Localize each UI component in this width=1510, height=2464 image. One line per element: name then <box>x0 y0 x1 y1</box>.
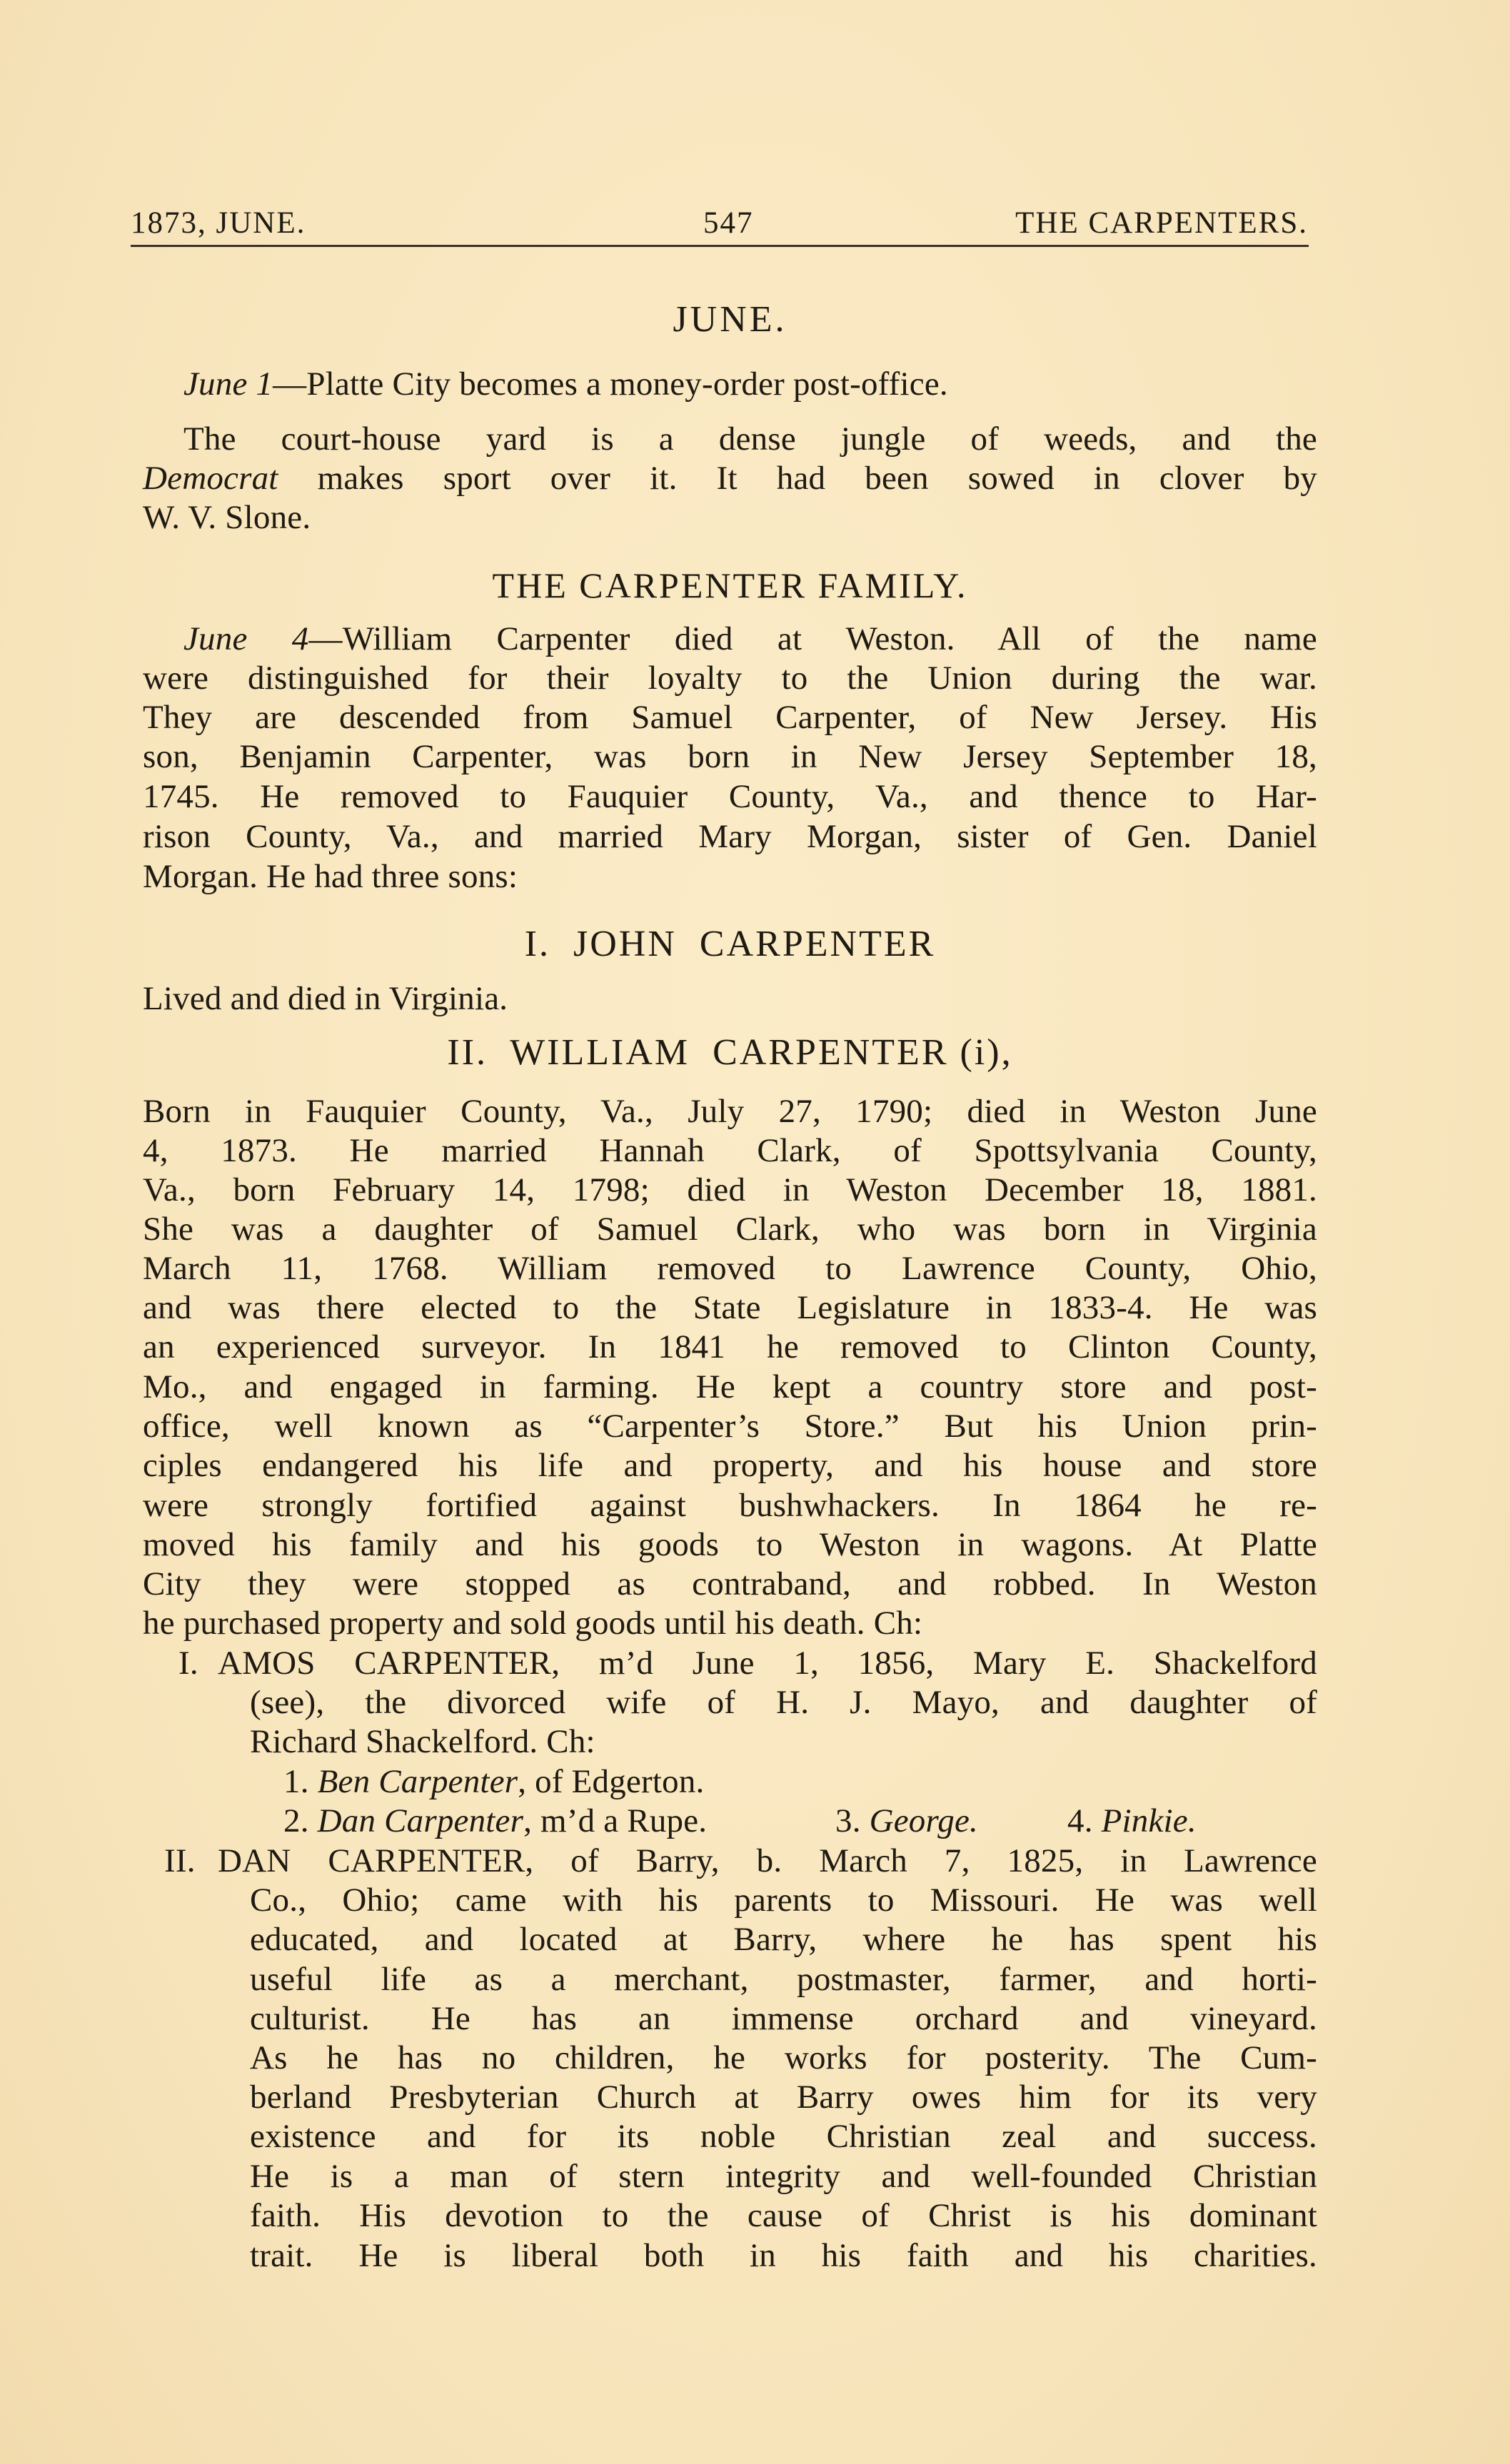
paragraph-line: 4, 1873. He married Hannah Clark, of Spo… <box>143 1133 1317 1168</box>
child-dan-line: useful life as a merchant, postmaster, f… <box>250 1961 1317 1997</box>
running-header-left: 1873, JUNE. <box>131 206 306 241</box>
paragraph-line: Lived and died in Virginia. <box>143 981 508 1016</box>
child-dan-line: existence and for its noble Christian ze… <box>250 2119 1317 2154</box>
son-heading-john: I. JOHN CARPENTER <box>143 926 1317 962</box>
entry-date: June 4 <box>183 620 309 657</box>
grandchild-item: 4. Pinkie. <box>1067 1803 1197 1839</box>
running-header-right: THE CARPENTERS. <box>957 206 1308 241</box>
paragraph-line: 1745. He removed to Fauquier County, Va.… <box>143 779 1317 814</box>
child-dan-line: educated, and located at Barry, where he… <box>250 1922 1317 1957</box>
paragraph-line: ciples endangered his life and property,… <box>143 1448 1317 1483</box>
paragraph-line: City they were stopped as contraband, an… <box>143 1566 1317 1602</box>
paragraph-line: were distinguished for their loyalty to … <box>143 660 1317 696</box>
son-heading-william: II. WILLIAM CARPENTER (i), <box>143 1035 1317 1071</box>
newspaper-name: Democrat <box>143 460 278 497</box>
child-amos-line: AMOS CARPENTER, m’d June 1, 1856, Mary E… <box>218 1645 1317 1681</box>
section-heading: JUNE. <box>143 302 1317 338</box>
family-heading: THE CARPENTER FAMILY. <box>143 567 1317 603</box>
child-dan-line: He is a man of stern integrity and well-… <box>250 2158 1317 2194</box>
paragraph-line: Morgan. He had three sons: <box>143 859 518 894</box>
paragraph-line: son, Benjamin Carpenter, was born in New… <box>143 739 1317 774</box>
child-dan-line: Co., Ohio; came with his parents to Miss… <box>250 1882 1317 1918</box>
paragraph-line: he purchased property and sold goods unt… <box>143 1605 922 1641</box>
child-amos-line: (see), the divorced wife of H. J. Mayo, … <box>250 1685 1317 1720</box>
child-numeral: II. <box>164 1843 196 1879</box>
paragraph-line: Va., born February 14, 1798; died in Wes… <box>143 1172 1317 1208</box>
child-dan-line: berland Presbyterian Church at Barry owe… <box>250 2079 1317 2115</box>
paragraph-line: Democrat makes sport over it. It had bee… <box>143 460 1317 496</box>
entry-june-4: June 4—William Carpenter died at Weston.… <box>183 621 1317 657</box>
entry-date: June 1 <box>183 365 273 403</box>
paragraph-line: Born in Fauquier County, Va., July 27, 1… <box>143 1094 1317 1129</box>
paragraph-line: March 11, 1768. William removed to Lawre… <box>143 1251 1317 1286</box>
paragraph-line: Mo., and engaged in farming. He kept a c… <box>143 1369 1317 1405</box>
paragraph-line: They are descended from Samuel Carpenter… <box>143 700 1317 735</box>
paragraph-line: The court-house yard is a dense jungle o… <box>183 421 1317 457</box>
page-number: 547 <box>703 206 754 241</box>
child-dan-line: culturist. He has an immense orchard and… <box>250 2001 1317 2036</box>
paragraph-line: W. V. Slone. <box>143 500 311 535</box>
child-dan-line: DAN CARPENTER, of Barry, b. March 7, 182… <box>218 1843 1317 1879</box>
grandchild-item: 1. Ben Carpenter, of Edgerton. <box>283 1764 704 1799</box>
child-dan-line: As he has no children, he works for post… <box>250 2040 1317 2076</box>
child-dan-line: trait. He is liberal both in his faith a… <box>250 2238 1317 2273</box>
entry-text: —Platte City becomes a money-order post-… <box>273 365 948 403</box>
paragraph-line: She was a daughter of Samuel Clark, who … <box>143 1211 1317 1247</box>
child-amos-line: Richard Shackelford. Ch: <box>250 1724 595 1759</box>
paragraph-line: were strongly fortified against bushwhac… <box>143 1488 1317 1523</box>
paragraph-line: moved his family and his goods to Weston… <box>143 1527 1317 1562</box>
child-numeral: I. <box>178 1645 198 1681</box>
paragraph-line: rison County, Va., and married Mary Morg… <box>143 819 1317 854</box>
entry-june-1: June 1—Platte City becomes a money-order… <box>183 366 948 402</box>
header-rule <box>131 245 1309 247</box>
grandchild-item: 2. Dan Carpenter, m’d a Rupe. <box>283 1803 707 1839</box>
paragraph-line: office, well known as “Carpenter’s Store… <box>143 1408 1317 1444</box>
paragraph-line: an experienced surveyor. In 1841 he remo… <box>143 1329 1317 1365</box>
child-dan-line: faith. His devotion to the cause of Chri… <box>250 2198 1317 2233</box>
paragraph-line: and was there elected to the State Legis… <box>143 1290 1317 1326</box>
grandchild-item: 3. George. <box>835 1803 978 1839</box>
